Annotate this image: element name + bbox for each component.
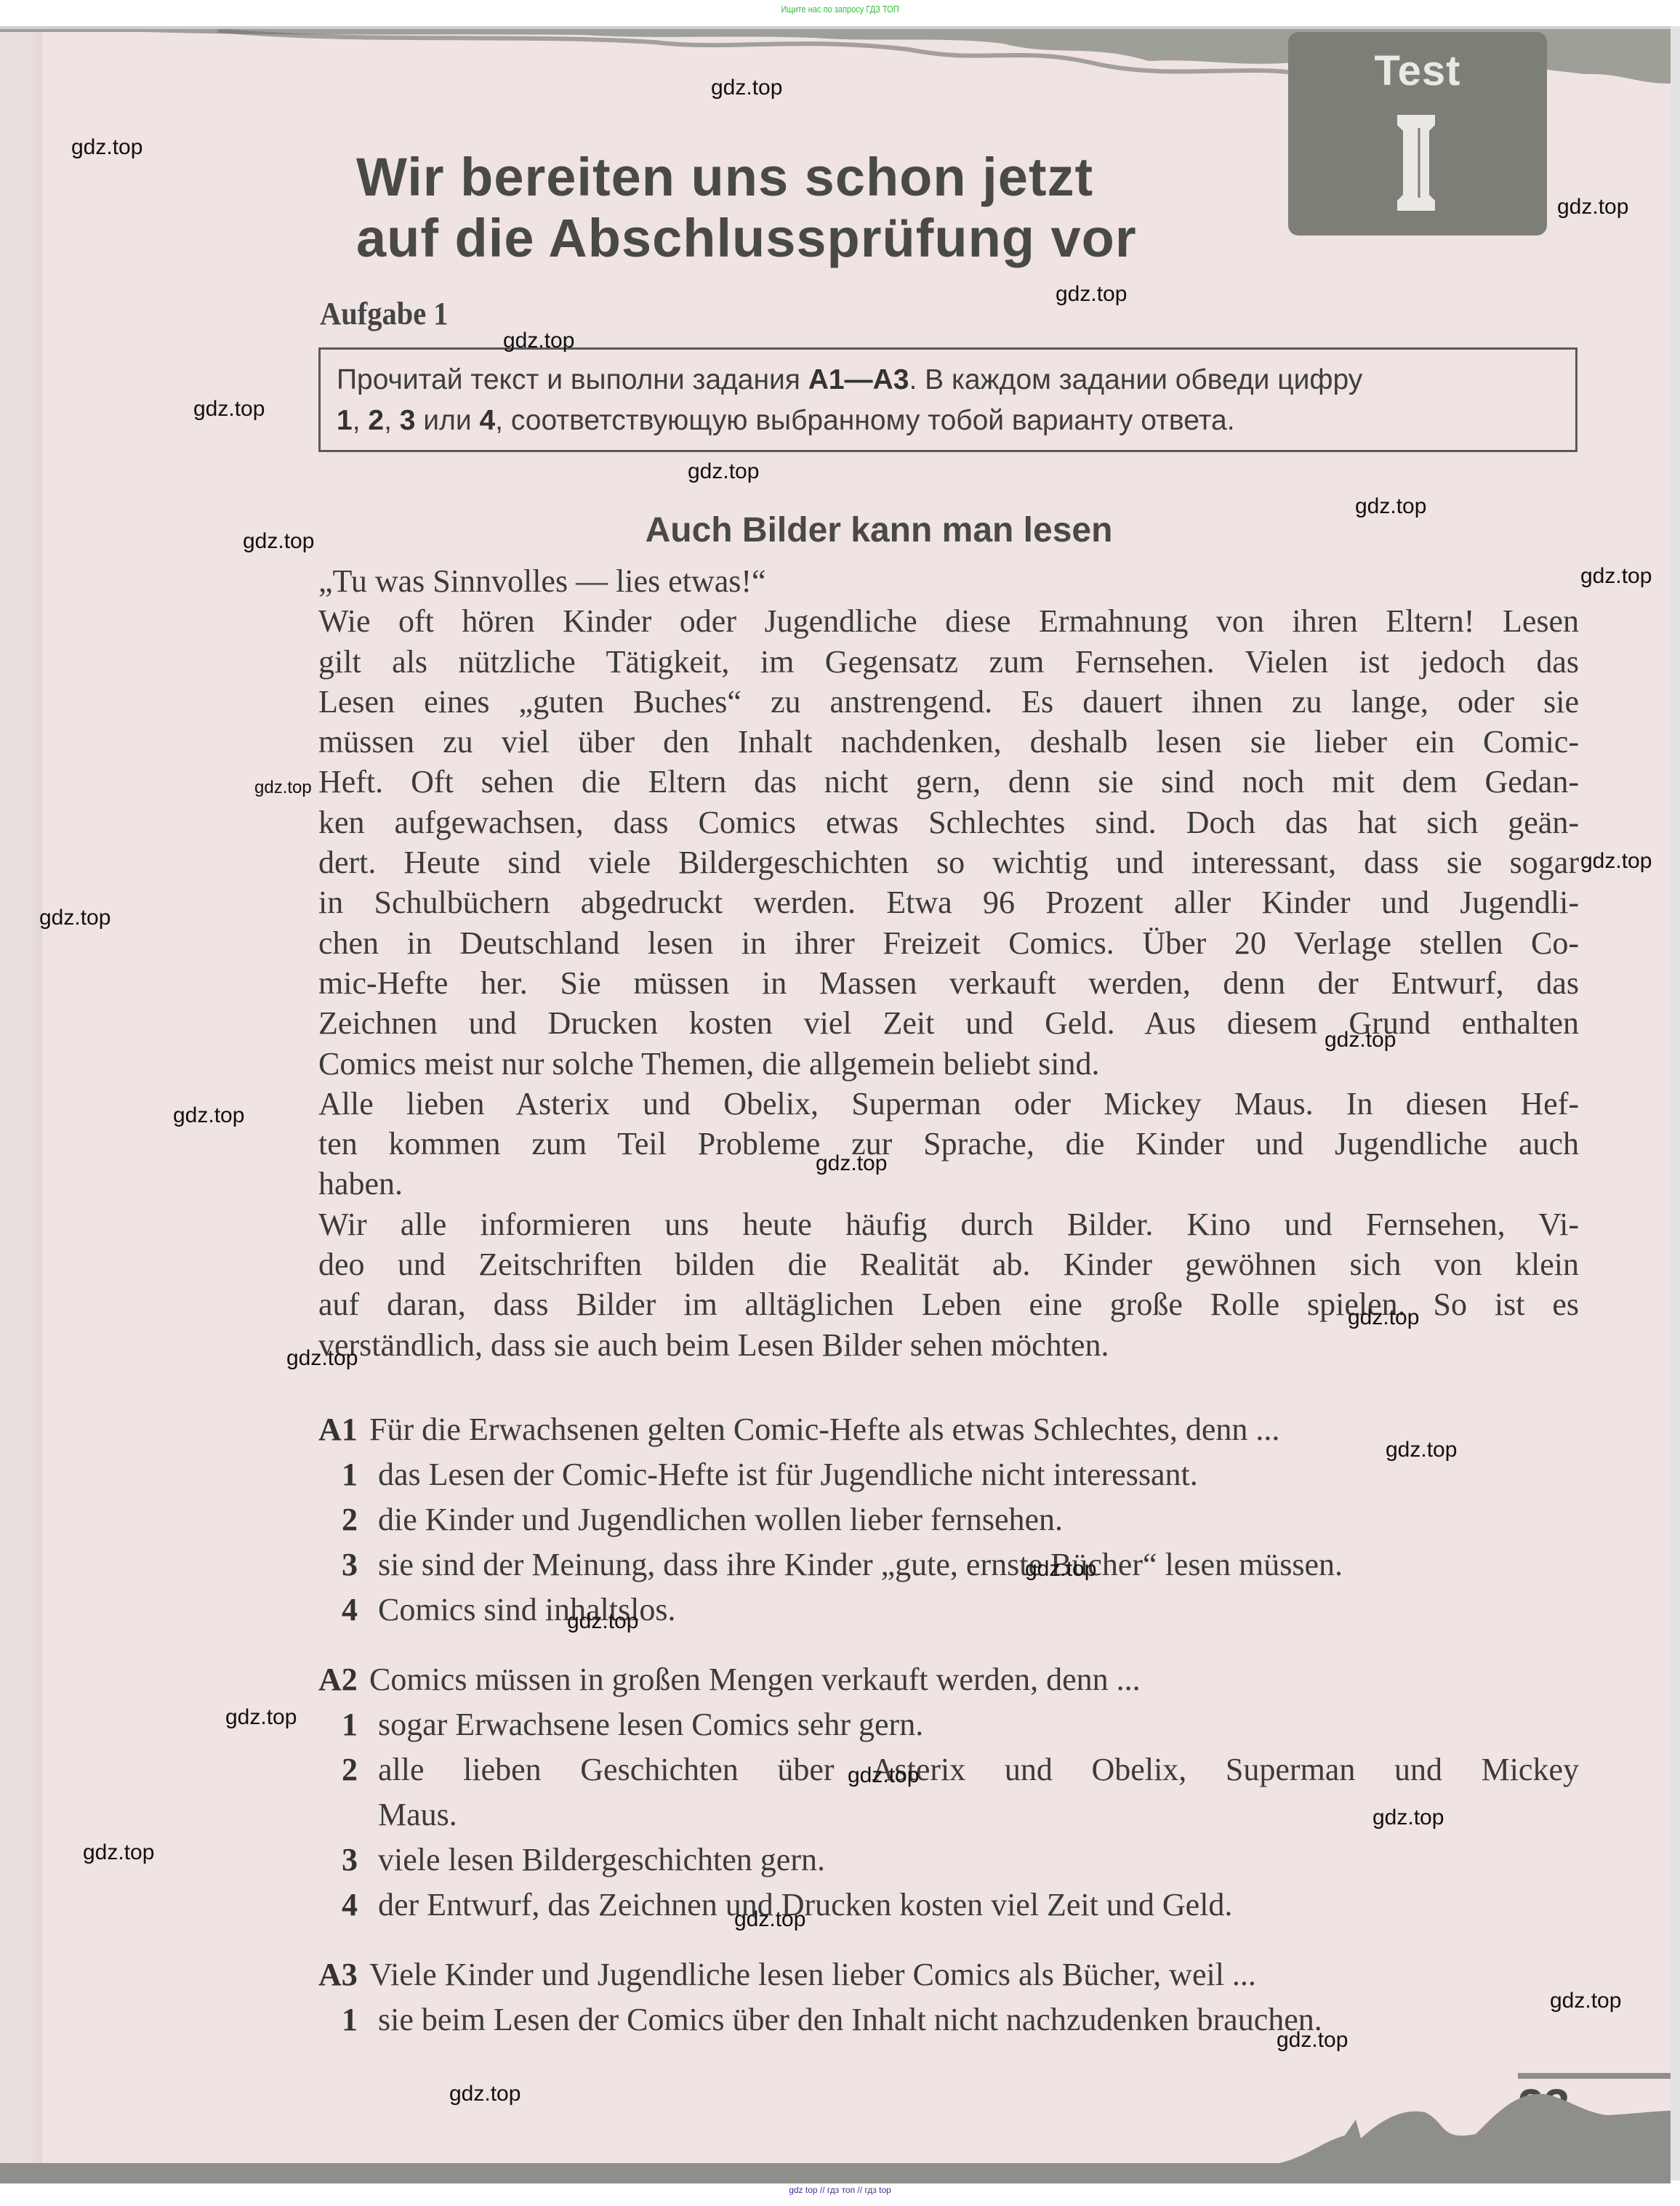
option-number[interactable]: 1 (342, 1456, 378, 1493)
option-number[interactable]: 4 (342, 1591, 378, 1628)
questions-section: A1Für die Erwachsenen gelten Comic-Hefte… (318, 1406, 1579, 2066)
text-line: ten kommen zum Teil Probleme zur Sprache… (318, 1124, 1579, 1164)
watermark: gdz.top (286, 1346, 358, 1371)
answer-option[interactable]: 4Comics sind inhaltslos. (318, 1587, 1579, 1632)
text-line: Wie oft hören Kinder oder Jugendliche di… (318, 601, 1579, 641)
page-title: Wir bereiten uns schon jetzt auf die Abs… (356, 147, 1137, 269)
text-line: in Schulbüchern abgedruckt werden. Etwa … (318, 882, 1579, 922)
watermark: gdz.top (1348, 1305, 1419, 1330)
answer-option[interactable]: 2alle lieben Geschichten über Asterix un… (318, 1747, 1579, 1792)
option-text: sogar Erwachsene lesen Comics sehr gern. (378, 1706, 1579, 1743)
watermark: gdz.top (1557, 195, 1628, 220)
test-badge-label: Test (1288, 47, 1547, 95)
test-badge: Test (1288, 32, 1547, 236)
instruction-separator: или (415, 405, 479, 436)
watermark: gdz.top (225, 1705, 297, 1730)
page-title-line-2: auf die Abschlussprüfung vor (356, 208, 1137, 269)
watermark: gdz.top (1580, 564, 1652, 589)
instruction-option-number: 4 (479, 405, 495, 436)
text-line: Wir alle informieren uns heute häufig du… (318, 1204, 1579, 1244)
text-line: gilt als nützliche Tätigkeit, im Gegensa… (318, 642, 1579, 682)
watermark: gdz.top (39, 906, 110, 930)
option-number[interactable]: 3 (342, 1841, 378, 1878)
option-number[interactable]: 2 (342, 1751, 378, 1788)
watermark: gdz.top (1025, 1557, 1096, 1582)
question-a3: A3Viele Kinder und Jugendliche lesen lie… (318, 1952, 1579, 2042)
watermark: gdz.top (173, 1103, 244, 1128)
question-stem: Comics müssen in großen Mengen verkauft … (369, 1661, 1141, 1698)
watermark: gdz.top (1550, 1989, 1621, 2013)
watermark: gdz.top (83, 1840, 154, 1865)
watermark: gdz.top (1355, 494, 1426, 519)
text-line: mic-Hefte her. Sie müssen in Massen verk… (318, 963, 1579, 1003)
question-number: A1 (318, 1411, 369, 1448)
instruction-option-number: 2 (368, 405, 384, 436)
watermark: gdz.top (1325, 1028, 1396, 1052)
watermark: gdz.top (243, 529, 314, 554)
text-line: Lesen eines „guten Buches“ zu anstrengen… (318, 682, 1579, 722)
instruction-text: , соответствующую выбранному тобой вариа… (495, 405, 1234, 436)
answer-option[interactable]: 3viele lesen Bildergeschichten gern. (318, 1837, 1579, 1882)
instruction-separator: , (353, 405, 369, 436)
option-number[interactable]: 4 (342, 1886, 378, 1923)
watermark: gdz.top (734, 1907, 805, 1932)
question-number: A3 (318, 1956, 369, 1993)
instruction-box: Прочитай текст и выполни задания A1—A3. … (318, 347, 1577, 452)
textbook-page: Test Wir bereiten uns schon jetzt auf di… (0, 26, 1671, 2183)
watermark: gdz.top (1277, 2028, 1348, 2053)
option-text: Comics sind inhaltslos. (378, 1591, 1579, 1628)
instruction-text: . В каждом задании обведи цифру (909, 364, 1362, 395)
watermark: gdz.top (816, 1151, 887, 1176)
text-line: chen in Deutschland lesen in ihrer Freiz… (318, 923, 1579, 963)
page-spine-shadow (0, 29, 42, 2183)
option-number[interactable]: 2 (342, 1501, 378, 1538)
option-text: die Kinder und Jugendlichen wollen liebe… (378, 1501, 1579, 1538)
instruction-option-number: 1 (337, 405, 353, 436)
answer-option[interactable]: 2die Kinder und Jugendlichen wollen lieb… (318, 1497, 1579, 1542)
watermark: gdz.top (71, 135, 142, 160)
task-label: Aufgabe 1 (320, 295, 449, 332)
answer-option[interactable]: 1sie beim Lesen der Comics über den Inha… (318, 1997, 1579, 2042)
watermark: gdz.top (1386, 1438, 1457, 1462)
bottom-decorative-wave (0, 2090, 1671, 2183)
text-line: verständlich, dass sie auch beim Lesen B… (318, 1325, 1579, 1365)
text-line: deo und Zeitschriften bilden die Realitä… (318, 1244, 1579, 1284)
answer-option[interactable]: 1sogar Erwachsene lesen Comics sehr gern… (318, 1702, 1579, 1747)
watermark: gdz.top (1580, 849, 1652, 874)
option-number[interactable]: 1 (342, 1706, 378, 1743)
text-line: Alle lieben Asterix und Obelix, Superman… (318, 1084, 1579, 1124)
text-line: haben. (318, 1164, 1579, 1204)
text-line: müssen zu viel über den Inhalt nachdenke… (318, 722, 1579, 762)
text-line: Heft. Oft sehen die Eltern das nicht ger… (318, 762, 1579, 802)
page-number-rule (1518, 2073, 1671, 2079)
watermark: gdz.top (193, 397, 265, 422)
option-number[interactable]: 3 (342, 1546, 378, 1583)
question-stem: Für die Erwachsenen gelten Comic-Hefte a… (369, 1411, 1279, 1448)
option-text: sie sind der Meinung, dass ihre Kinder „… (378, 1546, 1579, 1583)
text-line: ken aufgewachsen, dass Comics etwas Schl… (318, 802, 1579, 842)
bottom-footer: gdz top // гдз топ // гдз top (0, 2185, 1680, 2195)
option-number[interactable]: 1 (342, 2001, 378, 2038)
top-banner: Ищите нас по запросу ГДЗ ТОП (126, 0, 1554, 22)
text-line: dert. Heute sind viele Bildergeschichten… (318, 842, 1579, 882)
instruction-text: Прочитай текст и выполни задания (337, 364, 808, 395)
instruction-option-number: 3 (400, 405, 416, 436)
question-a2: A2Comics müssen in großen Mengen verkauf… (318, 1656, 1579, 1927)
roman-numeral-one-icon (1396, 112, 1436, 214)
option-text: viele lesen Bildergeschichten gern. (378, 1841, 1579, 1878)
page-right-edge (1671, 26, 1680, 2181)
watermark: gdz.top (848, 1763, 919, 1788)
text-line: „Tu was Sinnvolles — lies etwas!“ (318, 561, 1579, 601)
watermark: gdz.top (688, 459, 759, 484)
instruction-separator: , (384, 405, 400, 436)
answer-option[interactable]: 3sie sind der Meinung, dass ihre Kinder … (318, 1542, 1579, 1587)
page-title-line-1: Wir bereiten uns schon jetzt (356, 147, 1137, 208)
watermark: gdz.top (503, 329, 574, 353)
watermark: gdz.top (567, 1609, 638, 1634)
answer-option[interactable]: 4der Entwurf, das Zeichnen und Drucken k… (318, 1882, 1579, 1927)
watermark: gdz.top (449, 2082, 521, 2106)
watermark: gdz.top (711, 76, 782, 100)
question-stem: Viele Kinder und Jugendliche lesen liebe… (369, 1956, 1256, 1993)
instruction-task-range: A1—A3 (808, 364, 909, 395)
option-text: alle lieben Geschichten über Asterix und… (378, 1751, 1579, 1788)
option-text: der Entwurf, das Zeichnen und Drucken ko… (378, 1886, 1579, 1923)
watermark: gdz.top (1372, 1806, 1444, 1830)
reading-text: „Tu was Sinnvolles — lies etwas!“ Wie of… (318, 561, 1579, 1365)
question-number: A2 (318, 1661, 369, 1698)
option-text: sie beim Lesen der Comics über den Inhal… (378, 2001, 1579, 2038)
watermark: gdz.top (1056, 282, 1127, 307)
watermark: gdz.top (254, 778, 312, 798)
